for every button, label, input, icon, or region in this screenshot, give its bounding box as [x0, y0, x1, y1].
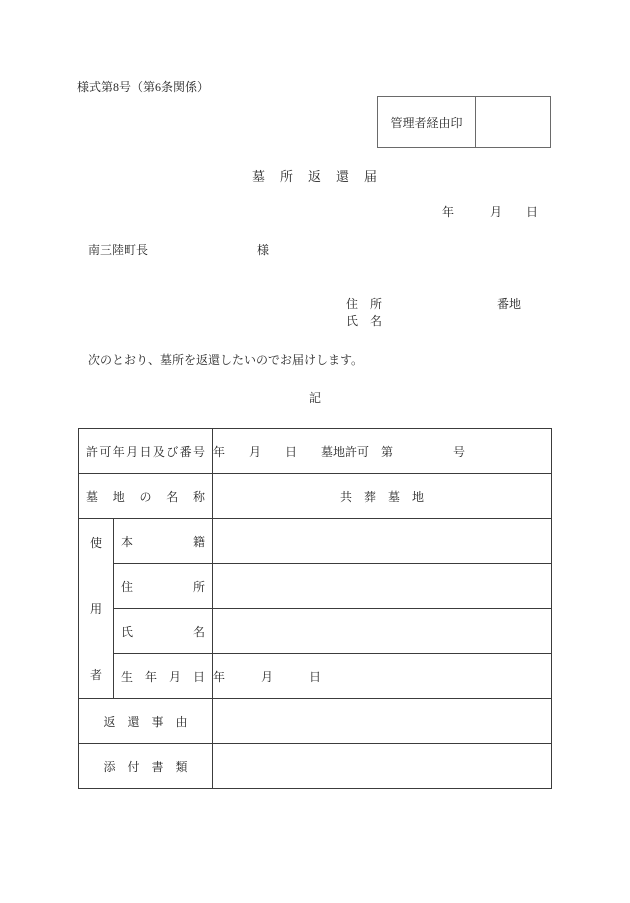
user-char-3: 者 [90, 666, 102, 683]
user-name-row: 氏名 [79, 609, 552, 654]
cemetery-row-value: 共 葬 墓 地 [213, 474, 552, 519]
stamp-box-label: 管理者経由印 [378, 97, 476, 147]
attachments-value [213, 744, 552, 789]
lot-number-suffix: 番地 [497, 297, 521, 311]
user-char-1: 使 [90, 534, 102, 551]
stamp-seal-area [476, 97, 550, 147]
addressee-name: 南三陸町長 [88, 243, 148, 257]
record-mark: 記 [0, 391, 630, 405]
return-reason-value [213, 699, 552, 744]
permit-row-label: 許可年月日及び番号 [79, 443, 212, 460]
form-number: 様式第8号（第6条関係） [77, 80, 209, 94]
user-address-row: 住所 [79, 564, 552, 609]
applicant-name-label: 氏 名 [346, 314, 382, 328]
user-name-label: 氏名 [114, 623, 212, 640]
user-domicile-row: 使 用 者 本籍 [79, 519, 552, 564]
return-form-table: 許可年月日及び番号 年 月 日 墓地許可 第 号 墓地の名称 共 葬 墓 地 使… [78, 428, 552, 789]
cemetery-name-row: 墓地の名称 共 葬 墓 地 [79, 474, 552, 519]
birthdate-row: 生年月日 年 月 日 [79, 654, 552, 699]
applicant-address-label: 住 所 [346, 297, 382, 311]
return-reason-row: 返 還 事 由 [79, 699, 552, 744]
cemetery-row-label-cell: 墓地の名称 [79, 474, 213, 519]
attachments-row: 添 付 書 類 [79, 744, 552, 789]
manager-stamp-box: 管理者経由印 [377, 96, 551, 148]
user-name-label-cell: 氏名 [114, 609, 213, 654]
addressee-honorific: 様 [257, 243, 269, 257]
birthdate-label: 生年月日 [114, 668, 212, 685]
user-address-label-cell: 住所 [114, 564, 213, 609]
permit-row: 許可年月日及び番号 年 月 日 墓地許可 第 号 [79, 429, 552, 474]
domicile-label: 本籍 [114, 533, 212, 550]
document-page: 様式第8号（第6条関係） 管理者経由印 墓 所 返 還 届 年 月 日 南三陸町… [0, 0, 630, 903]
submission-date-line: 年 月 日 [442, 205, 538, 219]
intro-text: 次のとおり、墓所を返還したいのでお届けします。 [88, 353, 363, 367]
user-address-value [213, 564, 552, 609]
user-char-2: 用 [90, 600, 102, 617]
user-address-label: 住所 [114, 578, 212, 595]
birthdate-label-cell: 生年月日 [114, 654, 213, 699]
permit-row-value: 年 月 日 墓地許可 第 号 [213, 429, 552, 474]
domicile-label-cell: 本籍 [114, 519, 213, 564]
birthdate-value: 年 月 日 [213, 654, 552, 699]
return-reason-label: 返 還 事 由 [79, 699, 213, 744]
domicile-value [213, 519, 552, 564]
cemetery-row-label: 墓地の名称 [79, 488, 212, 505]
user-group-cell: 使 用 者 [79, 519, 114, 699]
page-title: 墓 所 返 還 届 [0, 169, 630, 185]
attachments-label: 添 付 書 類 [79, 744, 213, 789]
permit-row-label-cell: 許可年月日及び番号 [79, 429, 213, 474]
user-group-label: 使 用 者 [79, 519, 113, 698]
user-name-value [213, 609, 552, 654]
